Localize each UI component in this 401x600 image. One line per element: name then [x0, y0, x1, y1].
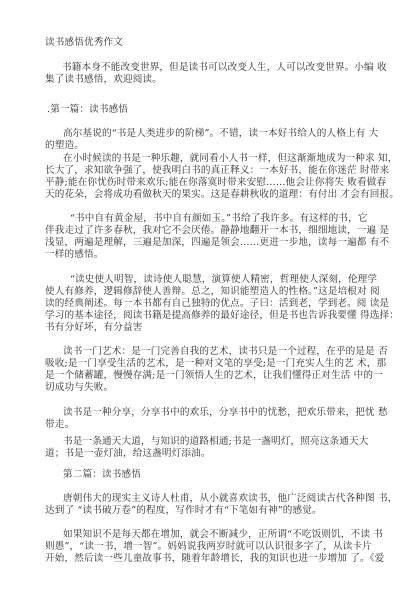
text-line: “读史使人明智，读诗使人聪慧，演算使人精密，哲理使人深刻，伦理学	[70, 274, 377, 286]
text-line: 切成功与失败。	[45, 382, 113, 394]
text-line: 天的花朵，会将成功看做秋天的果实。这是春耕秋收的道理：有付出 才会有回报。	[45, 189, 399, 201]
text-line: “书中自有黄金屋，书中自有颜如玉。”书给了我许多。有这样的书，它	[70, 213, 368, 225]
text-line: 书是一条通天大道，与知识的道路相通;书是一盏明灯，照亮这条通天大	[63, 436, 368, 448]
text-line: .第一篇：读书感悟	[47, 104, 128, 116]
document-page: 读书感悟优秀作文书籍本身不能改变世界，但是读书可以改变人生，人可以改变世界。小编…	[0, 0, 401, 600]
text-line: 浅显，两遍是理解，三遍是加深，四遍是领会……更进一步地，读每一遍都 有不	[45, 237, 389, 249]
text-line: 开始，然后读一些儿童故事书，随着年龄增长，我的知识也进一步增加 了。《爱	[45, 553, 384, 565]
text-line: 伴我走过了许多春秋，我对它不会厌倦。静静地翻开一本书，细细地读，一遍 是	[45, 225, 389, 237]
text-line: 吸收;是一门享受生活的艺术，是一种对文笔的享受;是一门充实人生的艺 术，那	[45, 358, 386, 370]
text-line: 则愚”，“读一书，增一智”。妈妈说我两岁时就可以认识很多字了，从读卡片	[45, 541, 372, 553]
text-line: 唐朝伟大的现实主义诗人杜甫，从小就喜欢读书，他广泛阅读古代各种图 书，	[63, 493, 398, 505]
text-line: 如果知识不是每天都在增加，就会不断减少，正所谓“不吃饭则饥，不读 书	[63, 529, 383, 541]
text-line: 是一个储蓄罐，慢慢存满;是一门领悟人生的艺术，让我们懂得正对生活 中的一	[45, 370, 383, 382]
text-line: 平静;能在你忧伤时带来欢乐;能在你落寞时带来安慰……他会让你将失 败看做春	[45, 177, 386, 189]
text-line: 读书是一种分享，分享书中的欢乐，分享书中的忧愁，把欢乐带来，把忧 愁	[63, 407, 388, 419]
text-line: 学习的基本途径，阅读书籍是提高修养的最好途径，但是书也告诉我要懂 得选择：	[45, 310, 399, 322]
text-line: 书籍本身不能改变世界，但是读书可以改变人生，人可以改变世界。小编 收	[62, 62, 387, 74]
text-line: 使人有修养，逻辑修辞使人善辩。总之，知识能塑造人的性格。”这是培根对 阅	[45, 286, 380, 298]
text-line: 集了读书感悟，欢迎阅读。	[45, 74, 162, 86]
text-line: 达到了 “读书破万卷”的程度，写作时才有“下笔如有神”的感觉。	[45, 505, 322, 517]
text-line: 读的经典阐述。每一本书都有自己独特的优点。子曰：活到老，学到老。阅 读是	[45, 298, 389, 310]
text-line: 的塑造。	[45, 140, 84, 152]
text-line: 长大了，求知欲争强了，使我明白书的真正释义：一本好书，能在你迷茫 时带来	[45, 165, 389, 177]
text-line: 第二篇：读书感悟	[63, 469, 141, 481]
text-line: 书有分好坏，有分益害	[45, 322, 142, 334]
text-line: 高尔基说的“书是人类进步的阶梯”。不错，读一本好书给人的人格上有 大	[63, 128, 378, 140]
text-line: 带走。	[45, 419, 74, 431]
text-line: 在小时候读的书是一种乐趣，就同看小人书一样，但这渐渐地成为一种求 知，	[63, 153, 398, 165]
document-title: 读书感悟优秀作文	[45, 37, 123, 49]
text-line: 一样的感悟。	[45, 249, 103, 261]
text-line: 读书一门艺术：是一门完善自我的艺术，读书只是一个过程，在乎的是是 否	[63, 346, 388, 358]
text-line: 道；书是一壶灯油，给这盏明灯添油。	[45, 448, 211, 460]
